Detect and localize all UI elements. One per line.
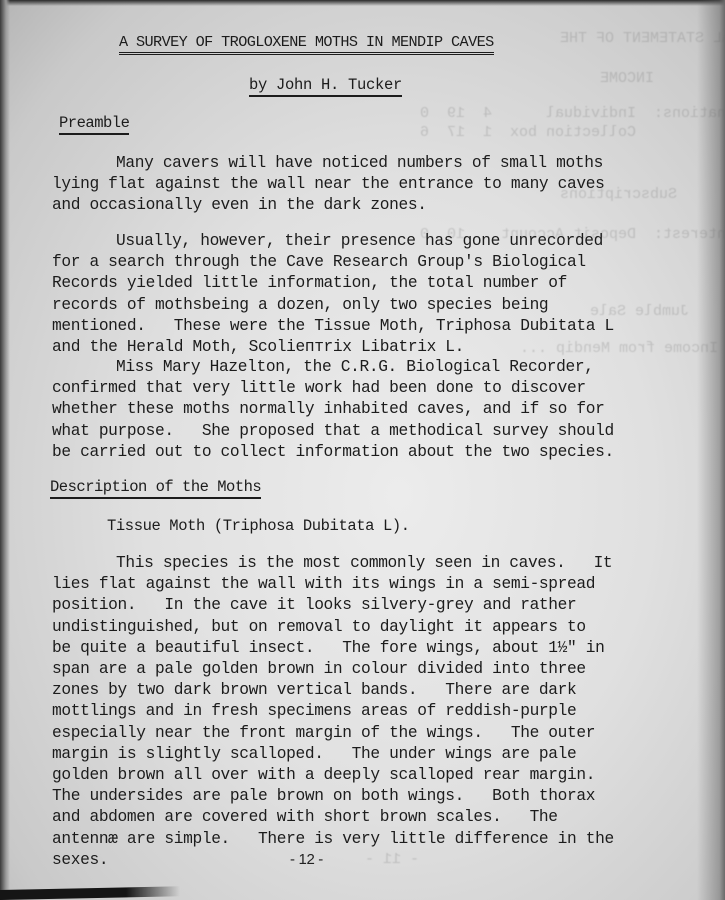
document-photo: FOR ANNUAL STATEMENT OF THE INCOME Donat… (0, 0, 725, 900)
text-line: what purpose. She proposed that a method… (52, 421, 652, 442)
text-line: antennæ are simple. There is very little… (52, 829, 652, 850)
text-line: The undersides are pale brown on both wi… (52, 786, 652, 807)
text-line: lying flat against the wall near the ent… (52, 174, 652, 195)
text-line: This species is the most commonly seen i… (52, 553, 652, 574)
text-line: be carried out to collect information ab… (52, 442, 652, 463)
text-line: be quite a beautiful insect. The fore wi… (52, 638, 652, 659)
paragraph-preamble-3: Miss Mary Hazelton, the C.R.G. Biologica… (52, 357, 652, 463)
paragraph-preamble-1: Many cavers will have noticed numbers of… (52, 153, 652, 217)
text-line: position. In the cave it looks silvery-g… (52, 595, 652, 616)
text-line: margin is slightly scalloped. The under … (52, 744, 652, 765)
species-subheading: Tissue Moth (Triphosa Dubitata L). (107, 517, 410, 535)
text-line: mentioned. These were the Tissue Moth, T… (52, 316, 652, 337)
page-number: - 12 - (290, 851, 323, 868)
document-title: A SURVEY OF TROGLOXENE MOTHS IN MENDIP C… (119, 33, 494, 55)
page-curl-shadow (697, 0, 725, 900)
text-line: Many cavers will have noticed numbers of… (52, 153, 652, 174)
text-line: especially near the front margin of the … (52, 723, 652, 744)
binding-edge-shadow (0, 0, 10, 900)
typewritten-page: A SURVEY OF TROGLOXENE MOTHS IN MENDIP C… (0, 0, 725, 900)
text-line: records of mothsbeing a dozen, only two … (52, 295, 652, 316)
text-line: mottlings and in fresh specimens areas o… (52, 701, 652, 722)
text-line: confirmed that very little work had been… (52, 378, 652, 399)
text-line: and abdomen are covered with short brown… (52, 807, 652, 828)
text-line: golden brown all over with a deeply scal… (52, 765, 652, 786)
text-line: Records yielded little information, the … (52, 273, 652, 294)
text-line: for a search through the Cave Research G… (52, 252, 652, 273)
section-heading-preamble: Preamble (59, 114, 129, 135)
text-line: span are a pale golden brown in colour d… (52, 659, 652, 680)
text-line: zones by two dark brown vertical bands. … (52, 680, 652, 701)
author-byline: by John H. Tucker (249, 76, 402, 97)
text-line: Usually, however, their presence has gon… (52, 231, 652, 252)
top-edge-shadow (0, 0, 725, 6)
text-line: sexes. (52, 850, 652, 871)
section-heading-description: Description of the Moths (50, 478, 261, 499)
text-line: lies flat against the wall with its wing… (52, 574, 652, 595)
text-line: Miss Mary Hazelton, the C.R.G. Biologica… (52, 357, 652, 378)
text-line: undistinguished, but on removal to dayli… (52, 617, 652, 638)
text-line: and occasionally even in the dark zones. (52, 195, 652, 216)
text-line: whether these moths normally inhabited c… (52, 399, 652, 420)
text-line: and the Herald Moth, Scoliептrix Libatri… (52, 337, 652, 358)
paragraph-tissue-moth: This species is the most commonly seen i… (52, 553, 652, 871)
paragraph-preamble-2: Usually, however, their presence has gon… (52, 231, 652, 358)
